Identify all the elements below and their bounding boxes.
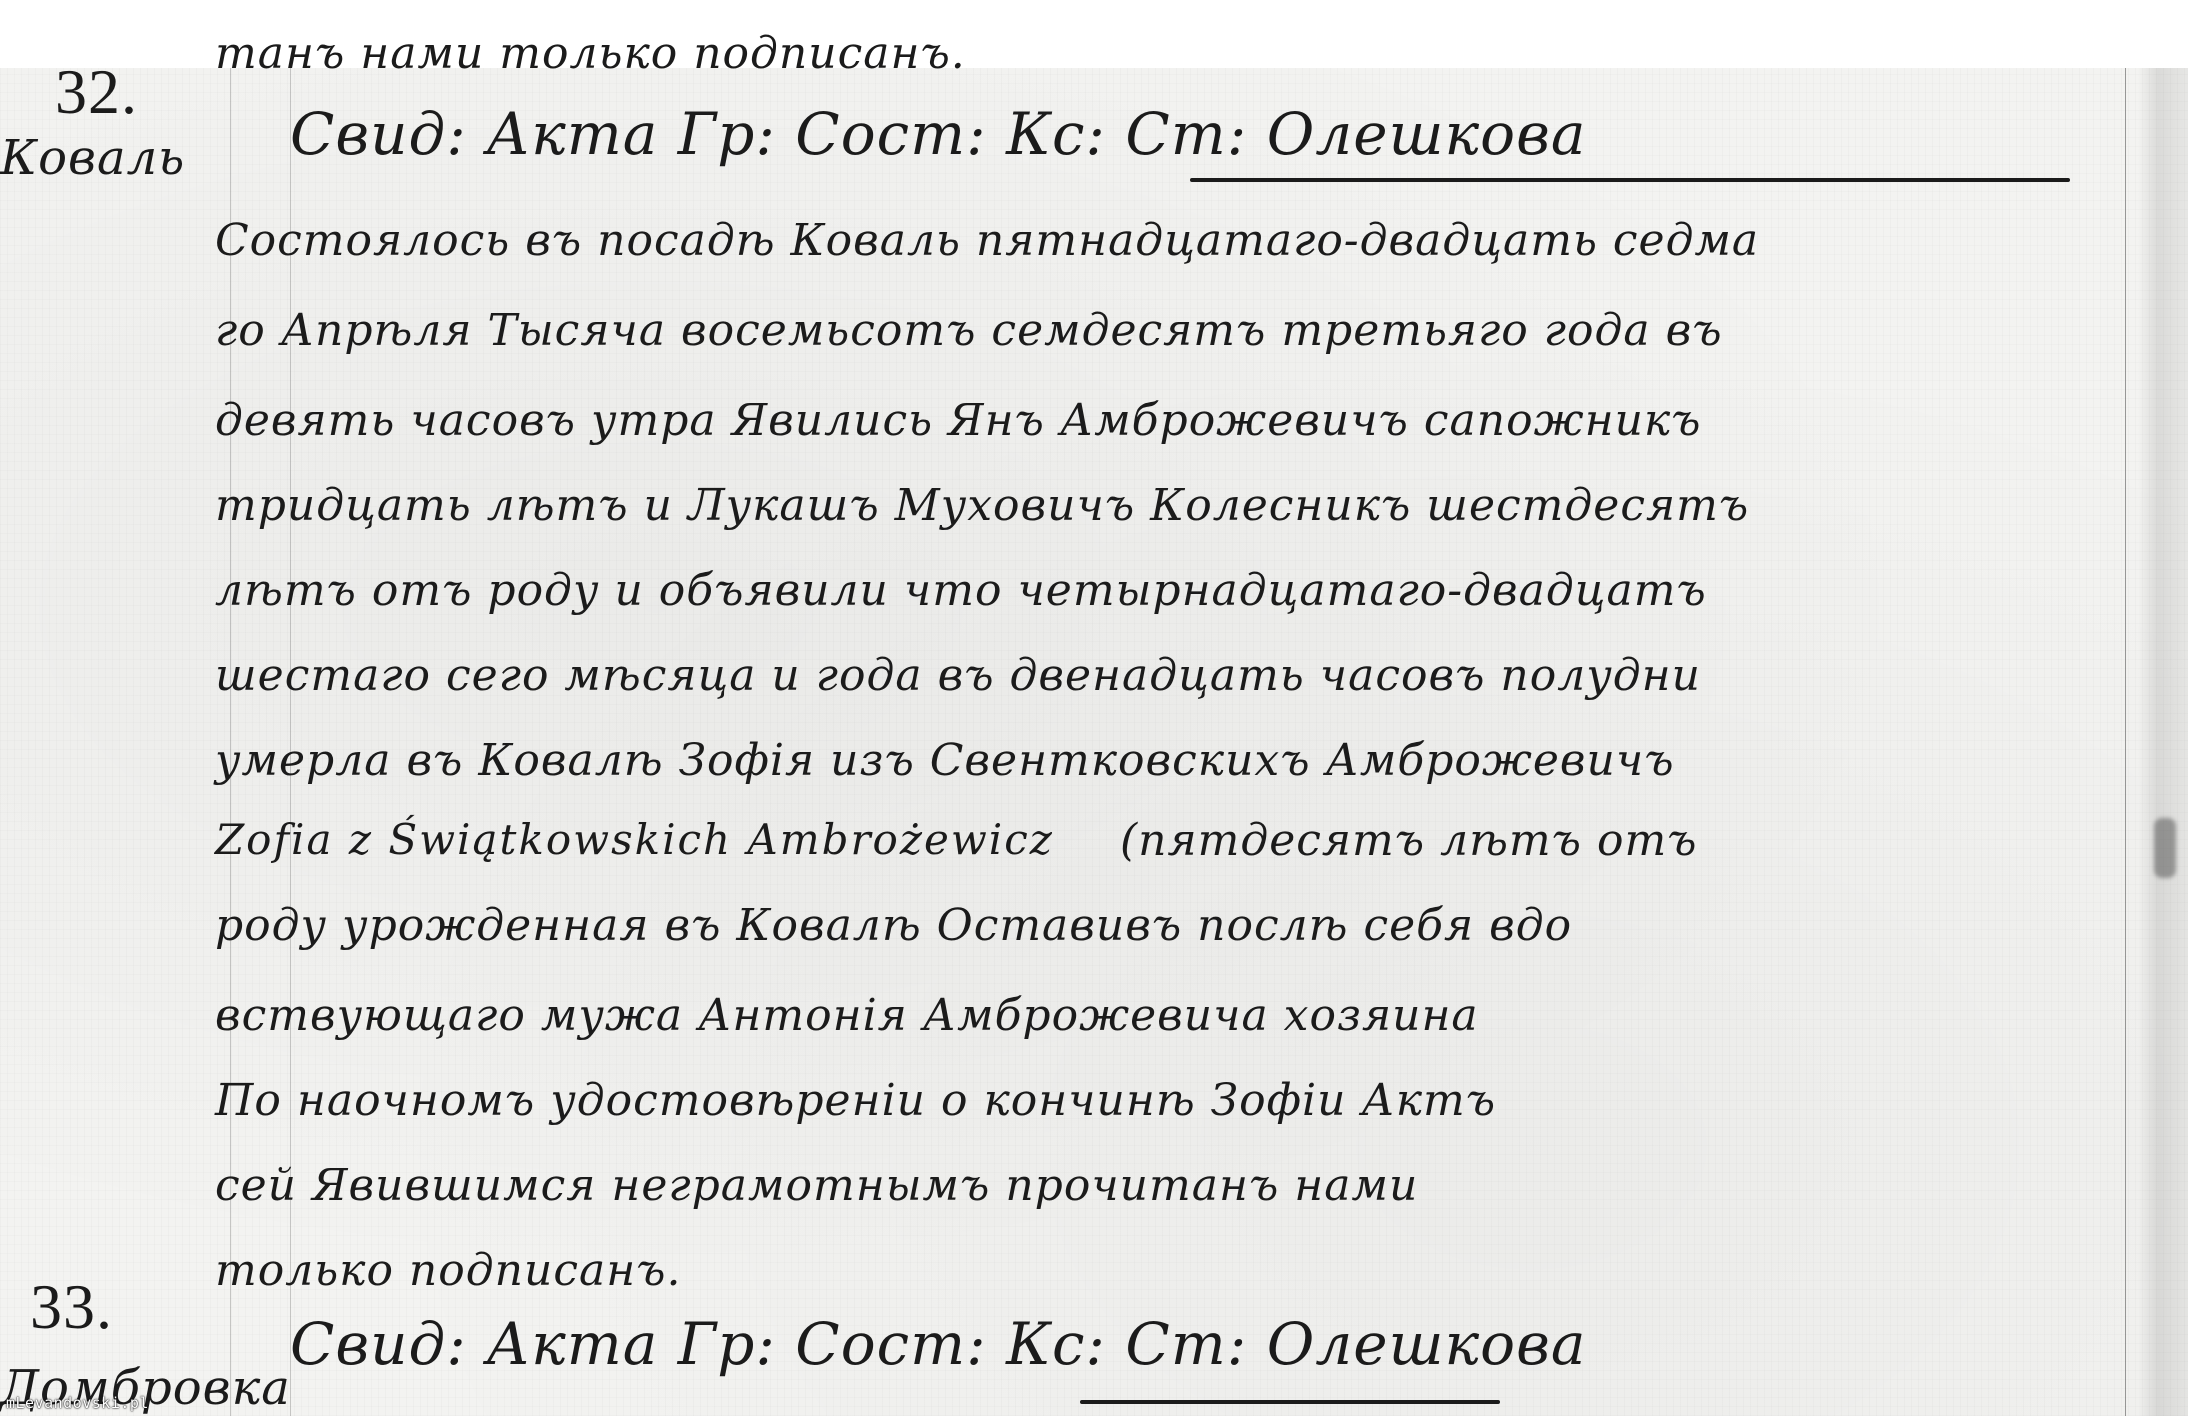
record-line: По наочномъ удостовѣреніи о кончинѣ Зофі…	[215, 1075, 1496, 1126]
entry-number: 33.	[30, 1270, 113, 1344]
record-line: роду урожденная въ Ковалѣ Оставивъ послѣ…	[215, 900, 1572, 951]
record-line: девять часовъ утра Явились Янъ Амброжеви…	[215, 395, 1702, 446]
margin-place-name: Коваль	[0, 130, 185, 186]
record-line: только подписанъ.	[215, 1245, 682, 1296]
record-line: сей Явившимся неграмотнымъ прочитанъ нам…	[215, 1160, 1418, 1211]
watermark: mLevandovski.pl	[6, 1394, 149, 1412]
record-line: Состоялось въ посадѣ Коваль пятнадцатаго…	[215, 215, 1759, 266]
page-edge-line	[2125, 68, 2126, 1416]
record-line: умерла въ Ковалѣ Зофія изъ Свентковскихъ…	[215, 735, 1675, 786]
entry-number: 32.	[55, 55, 138, 129]
page-fold-shadow	[2138, 68, 2188, 1416]
record-line: лѣтъ отъ роду и объявили что четырнадцат…	[215, 565, 1707, 616]
record-line: шестаго сего мѣсяца и года въ двенадцать…	[215, 650, 1701, 701]
entry-header-signature: Свид: Акта Гр: Сост: Кс: Ст: Олешкова	[290, 1310, 1586, 1378]
signature-underline	[1080, 1400, 1500, 1404]
record-line: (пятдесятъ лѣтъ отъ	[1120, 815, 1698, 866]
record-line: вствующаго мужа Антонія Амброжевича хозя…	[215, 990, 1479, 1041]
entry-header-signature: Свид: Акта Гр: Сост: Кс: Ст: Олешкова	[290, 100, 1586, 168]
record-line: тридцать лѣтъ и Лукашъ Муховичъ Колесник…	[215, 480, 1749, 531]
carryover-line: танъ нами только подписанъ.	[215, 28, 966, 79]
record-line: го Апрѣля Тысяча восемьсотъ семдесятъ тр…	[215, 305, 1723, 356]
signature-underline	[1190, 178, 2070, 182]
polish-name-line: Zofia z Świątkowskich Ambrożewicz	[215, 815, 1054, 864]
ink-smudge	[2154, 818, 2176, 878]
